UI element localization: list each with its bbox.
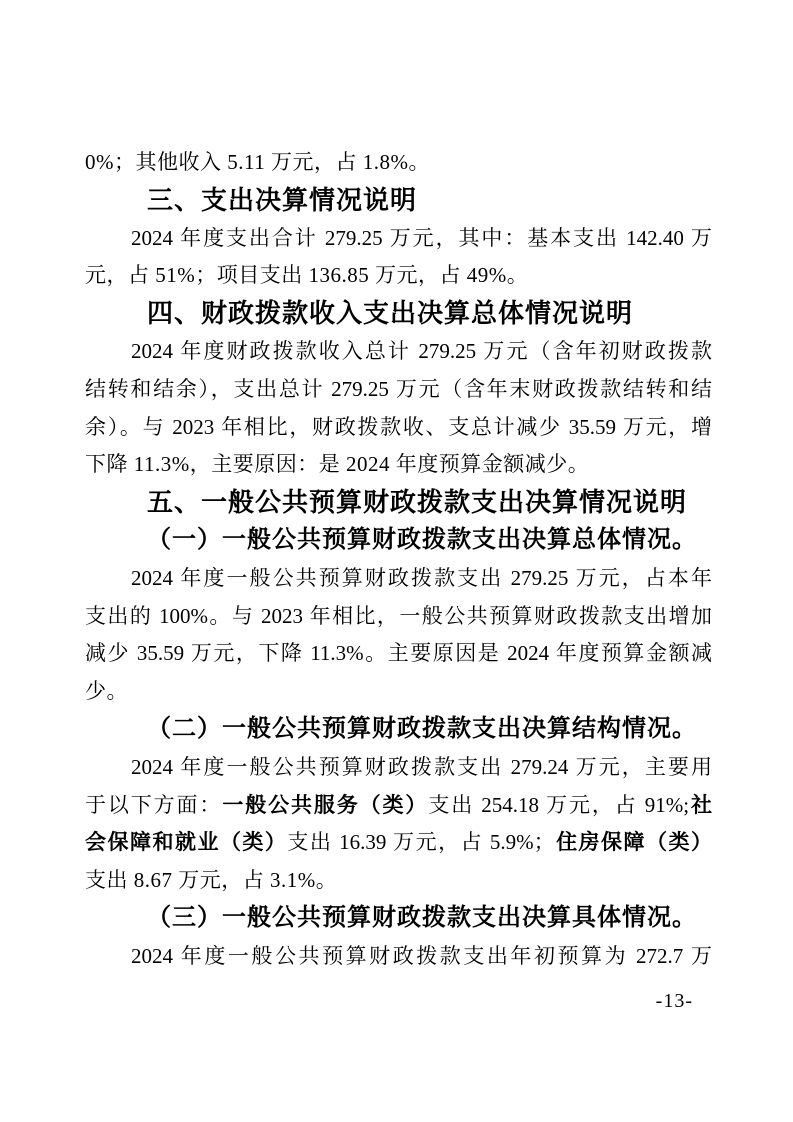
text-line: 会保障和就业（类）支出 16.39 万元，占 5.9%；住房保障（类）	[85, 824, 712, 862]
heading-section-5: 五、一般公共预算财政拨款支出决算情况说明	[85, 484, 712, 522]
document-body: 0%；其他收入 5.11 万元，占 1.8%。 三、支出决算情况说明 2024 …	[85, 144, 712, 976]
text-run: 支出 254.18 万元，占 91%;	[428, 793, 689, 817]
text-line: 余）。与 2023 年相比，财政拨款收、支总计减少 35.59 万元，增	[85, 409, 712, 447]
text-line: 2024 年度一般公共预算财政拨款支出 279.25 万元，占本年	[85, 560, 712, 598]
heading-section-4: 四、财政拨款收入支出决算总体情况说明	[85, 295, 712, 333]
text-line: 支出的 100%。与 2023 年相比，一般公共预算财政拨款支出增加	[85, 598, 712, 636]
text-line: 下降 11.3%，主要原因：是 2024 年度预算金额减少。	[85, 446, 712, 484]
text-line: 2024 年度一般公共预算财政拨款支出 279.24 万元，主要用	[85, 749, 712, 787]
document-page: 0%；其他收入 5.11 万元，占 1.8%。 三、支出决算情况说明 2024 …	[0, 0, 793, 1122]
text-run-bold: 会保障和就业（类）	[85, 830, 287, 854]
text-line: 0%；其他收入 5.11 万元，占 1.8%。	[85, 144, 712, 182]
page-number: -13-	[656, 990, 693, 1013]
text-line: 元，占 51%；项目支出 136.85 万元，占 49%。	[85, 257, 712, 295]
text-line: 结转和结余），支出总计 279.25 万元（含年末财政拨款结转和结	[85, 371, 712, 409]
text-line: 减少 35.59 万元，下降 11.3%。主要原因是 2024 年度预算金额减	[85, 635, 712, 673]
text-run-bold: 社	[689, 793, 712, 817]
text-line: 2024 年度财政拨款收入总计 279.25 万元（含年初财政拨款	[85, 333, 712, 371]
text-line: 少。	[85, 673, 712, 711]
text-line: 2024 年度一般公共预算财政拨款支出年初预算为 272.7 万	[85, 938, 712, 976]
text-line: 支出 8.67 万元，占 3.1%。	[85, 862, 712, 900]
text-run-bold: 住房保障（类）	[555, 830, 712, 854]
text-run: 于以下方面：	[85, 793, 222, 817]
text-run: 支出 16.39 万元，占 5.9%；	[287, 830, 554, 854]
heading-subsection-2: （二）一般公共预算财政拨款支出决算结构情况。	[85, 711, 712, 749]
text-run-bold: 一般公共服务（类）	[222, 793, 428, 817]
heading-subsection-1: （一）一般公共预算财政拨款支出决算总体情况。	[85, 522, 712, 560]
text-line: 2024 年度支出合计 279.25 万元，其中：基本支出 142.40 万	[85, 220, 712, 258]
text-line: 于以下方面：一般公共服务（类）支出 254.18 万元，占 91%;社	[85, 787, 712, 825]
heading-section-3: 三、支出决算情况说明	[85, 182, 712, 220]
heading-subsection-3: （三）一般公共预算财政拨款支出决算具体情况。	[85, 900, 712, 938]
